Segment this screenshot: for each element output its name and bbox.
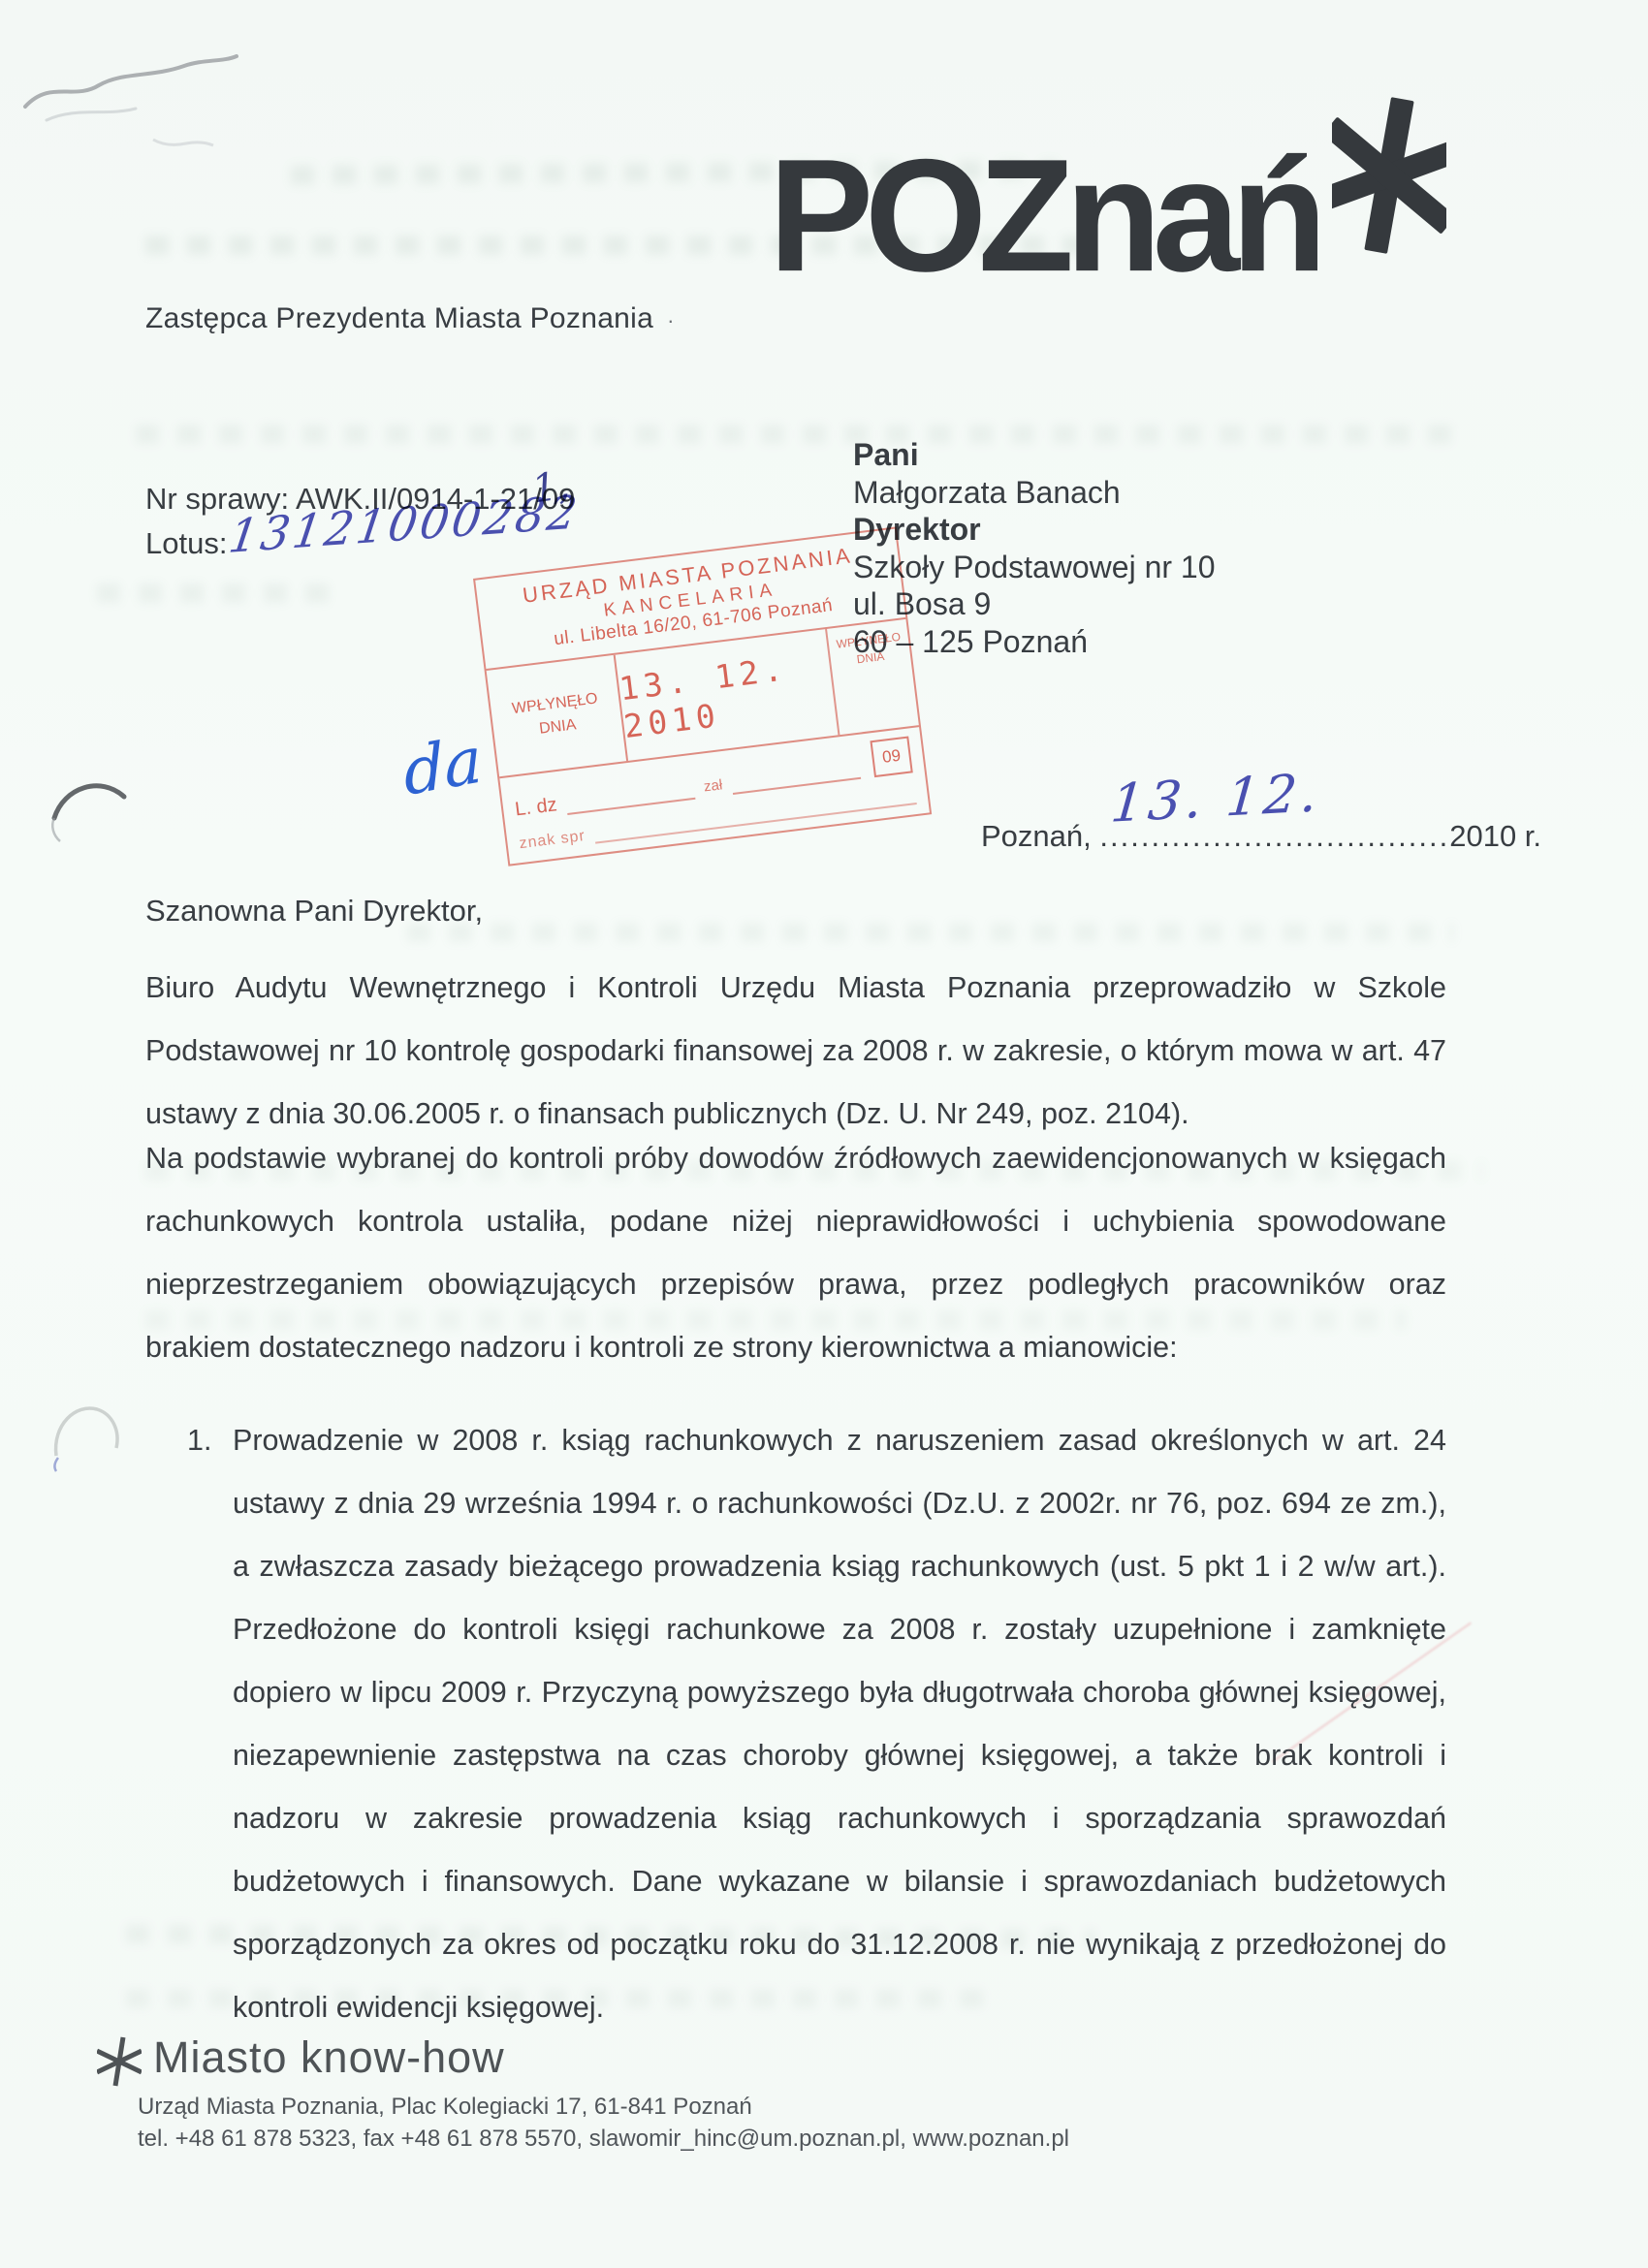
letter-salutation: Szanowna Pani Dyrektor, [145, 894, 483, 929]
sender-title-line: Zastępca Prezydenta Miasta Poznania· [145, 302, 675, 335]
sender-title: Zastępca Prezydenta Miasta Poznania [145, 302, 653, 334]
bleed-through-artifact [136, 425, 1454, 444]
scan-smudge-artifact [17, 47, 269, 153]
stamp-blank-line [731, 756, 862, 795]
dateline-city: Poznań, [981, 819, 1092, 853]
stamp-blank-line [565, 776, 696, 815]
poznan-logo-wordmark: POZnań [769, 136, 1318, 296]
footer-slogan-line: Miasto know-how [97, 2033, 505, 2088]
body-paragraph: Na podstawie wybranej do kontroli próby … [145, 1127, 1446, 1379]
footer-contact: tel. +48 61 878 5323, fax +48 61 878 557… [138, 2126, 1069, 2153]
registry-stamp: URZĄD MIASTA POZNANIA KANCELARIA ul. Lib… [473, 526, 932, 866]
recipient-organization: Szkoły Podstawowej nr 10 [853, 549, 1216, 586]
list-item-text: Prowadzenie w 2008 r. ksiąg rachunkowych… [233, 1409, 1446, 2039]
stamp-received-label-small: WPŁYNĘŁO DNIA [825, 619, 919, 735]
numbered-list-item: 1. Prowadzenie w 2008 r. ksiąg rachunkow… [187, 1409, 1446, 2039]
scan-arc-artifact [47, 1394, 128, 1475]
footer-address: Urząd Miasta Poznania, Plac Kolegiacki 1… [138, 2094, 752, 2121]
recipient-salutation: Pani [853, 436, 1216, 474]
stamp-received-label: WPŁYNĘŁO DNIA [487, 655, 628, 777]
stamp-zal-label: zał [703, 776, 723, 795]
recipient-name: Małgorzata Banach [853, 474, 1216, 512]
dateline-year: 2010 r. [1449, 819, 1541, 853]
footer-asterisk-icon [97, 2035, 142, 2088]
lotus-label: Lotus: [145, 526, 227, 560]
body-paragraph: Biuro Audytu Wewnętrznego i Kontroli Urz… [145, 957, 1446, 1146]
poznan-logo-asterisk-icon [1332, 91, 1446, 260]
stamp-number-box: 09 [870, 736, 912, 777]
list-item-number: 1. [187, 1409, 233, 1472]
recipient-title: Dyrektor [853, 511, 1216, 549]
stamp-ldz-label: L. dz [514, 794, 558, 821]
bleed-through-artifact [407, 923, 1454, 942]
scan-arc-artifact [47, 768, 140, 851]
handwritten-initials: da [401, 722, 485, 810]
footer-slogan: Miasto know-how [153, 2033, 505, 2082]
stray-dot-mark: · [667, 308, 675, 332]
scanned-letter-page: POZnań Zastępca Prezydenta Miasta Poznan… [0, 0, 1648, 2268]
handwritten-date: 13. 12. [1108, 762, 1323, 835]
stamp-znak-label: znak spr [519, 828, 586, 853]
bleed-through-artifact [97, 583, 330, 603]
